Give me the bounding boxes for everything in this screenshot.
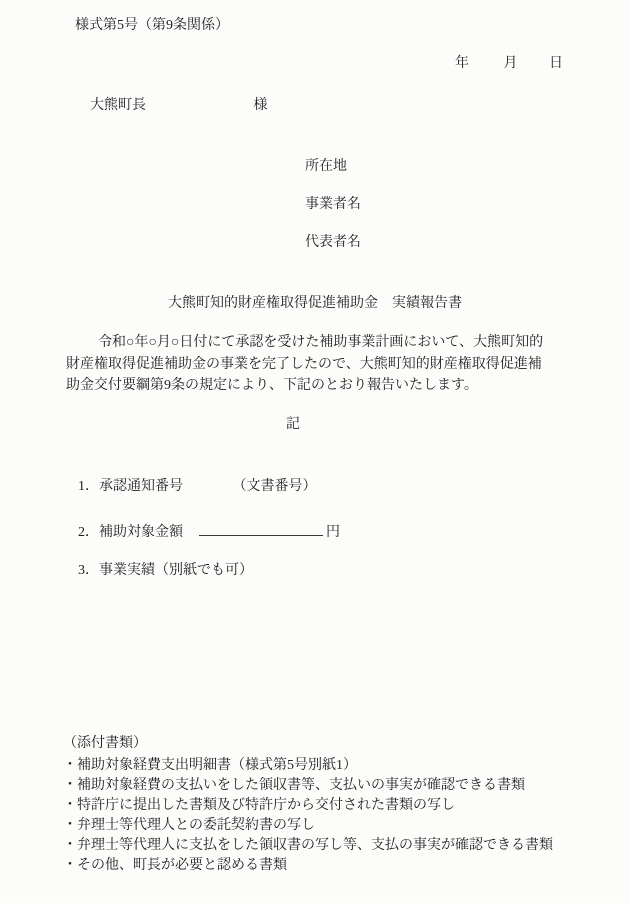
attachment-item-agent-payment-receipts: ・弁理士等代理人に支払をした領収書の写し等、支払の事実が確認できる書類 <box>63 839 553 859</box>
attachment-item-patent-office-documents: ・特許庁に提出した書類及び特許庁から交付された書類の写し <box>63 799 553 819</box>
item-approval-notice-number-note: （文書番号） <box>233 479 317 494</box>
sender-block: 所在地 事業者名 代表者名 <box>305 160 361 274</box>
form-number-label: 様式第5号（第9条関係） <box>75 19 229 33</box>
item-approval-notice-number-label: 1．承認通知番号 <box>78 479 183 494</box>
body-paragraph-line-1: 令和○年○月○日付にて承認を受けた補助事業計画において、大熊町知的 <box>66 336 543 358</box>
attachments-heading: （添付書類） <box>63 737 553 757</box>
body-paragraph: 令和○年○月○日付にて承認を受けた補助事業計画において、大熊町知的 財産権取得促… <box>66 336 543 401</box>
body-paragraph-line-2: 財産権取得促進補助金の事業を完了したので、大熊町知的財産権取得促進補 <box>66 358 543 380</box>
document-page: 様式第5号（第9条関係） 年 月 日 大熊町長 様 所在地 事業者名 代表者名 … <box>0 0 630 903</box>
attachment-item-agent-contract-copy: ・弁理士等代理人との委託契約書の写し <box>63 819 553 839</box>
date-month-label: 月 <box>504 56 518 71</box>
attachments-block: （添付書類） ・補助対象経費支出明細書（様式第5号別紙1） ・補助対象経費の支払… <box>63 737 553 879</box>
date-day-label: 日 <box>549 56 563 71</box>
item-subsidy-amount-unit: 円 <box>326 525 340 540</box>
amount-fill-underline <box>199 522 323 536</box>
item-subsidy-amount-label: 2．補助対象金額 <box>78 525 183 540</box>
document-title: 大熊町知的財産権取得促進補助金 実績報告書 <box>0 297 630 311</box>
record-marker: 記 <box>286 418 300 432</box>
sender-field-business-name: 事業者名 <box>305 198 361 212</box>
attachment-item-payment-receipts: ・補助対象経費の支払いをした領収書等、支払いの事実が確認できる書類 <box>63 779 553 799</box>
body-paragraph-line-3: 助金交付要綱第9条の規定により、下記のとおり報告いたします。 <box>66 379 543 401</box>
sender-field-representative-name: 代表者名 <box>305 236 361 250</box>
date-year-label: 年 <box>455 56 469 71</box>
item-business-results-label: 3．事業実績（別紙でも可） <box>78 563 253 578</box>
item-approval-notice-number: 1．承認通知番号 （文書番号） <box>78 480 317 494</box>
sender-field-address: 所在地 <box>305 160 361 174</box>
addressee-name: 大熊町長 <box>90 98 146 113</box>
addressee-honorific: 様 <box>254 98 268 113</box>
item-subsidy-amount: 2．補助対象金額 円 <box>78 522 340 540</box>
attachment-item-expense-statement: ・補助対象経費支出明細書（様式第5号別紙1） <box>63 759 553 779</box>
attachment-item-other-documents: ・その他、町長が必要と認める書類 <box>63 859 553 879</box>
date-line: 年 月 日 <box>455 57 563 71</box>
addressee-line: 大熊町長 様 <box>90 99 268 113</box>
item-business-results: 3．事業実績（別紙でも可） <box>78 564 253 578</box>
